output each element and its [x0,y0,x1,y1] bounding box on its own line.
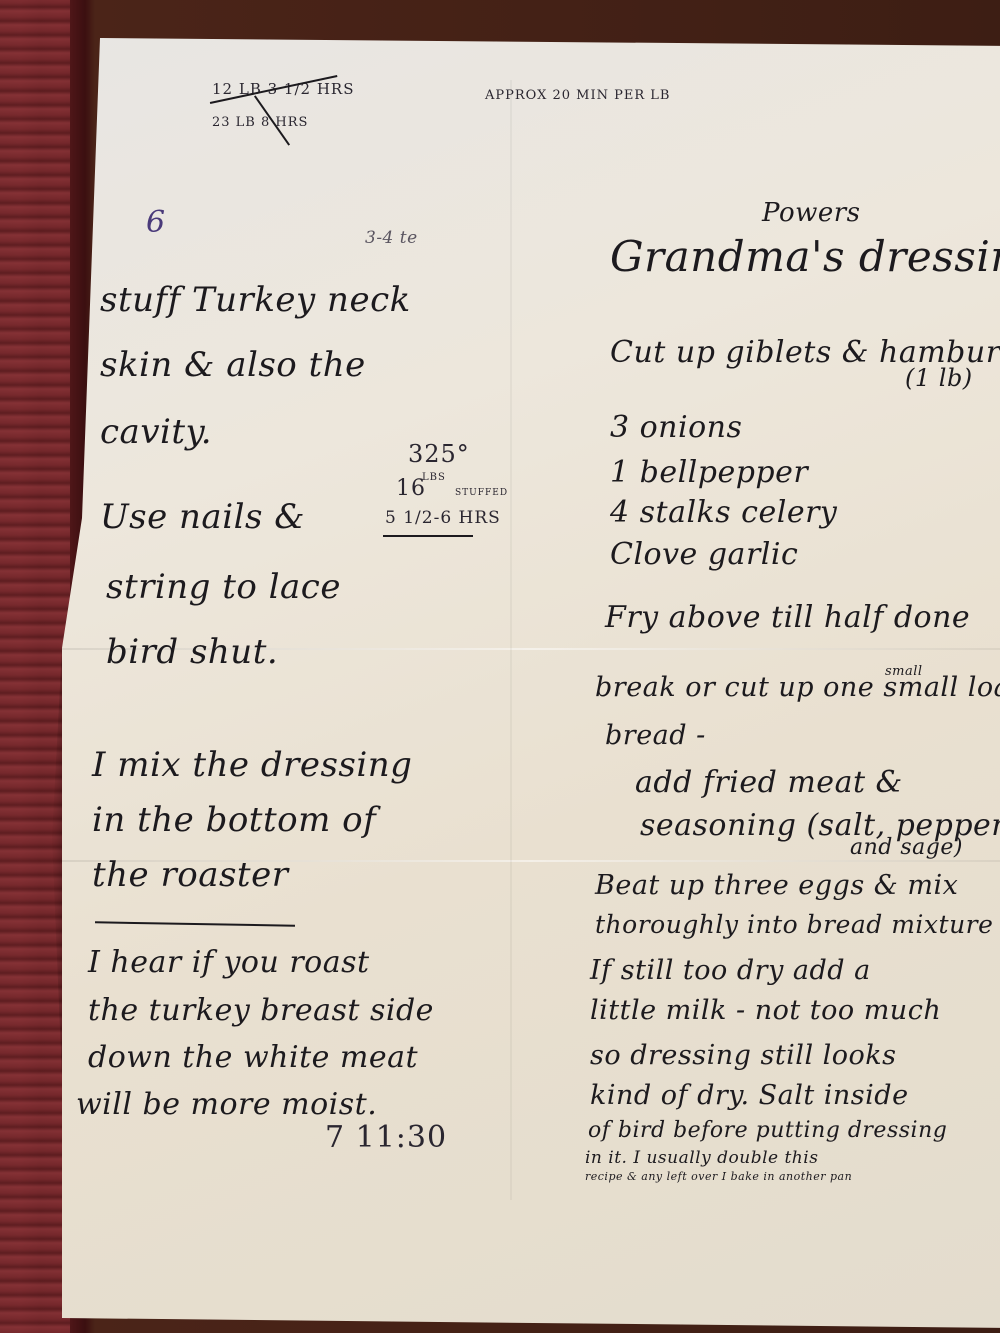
left-line: I mix the dressing [92,745,412,785]
small-margin-mark: 3-4 te [365,228,418,248]
recipe-line: so dressing still looks [590,1040,897,1071]
left-line: skin & also the [100,345,366,385]
recipe-line: bread - [605,720,706,751]
oven-temperature: 325° [408,440,470,468]
recipe-line: kind of dry. Salt inside [590,1080,909,1111]
turkey-weight-unit: LBS [422,472,446,483]
page-number-mark: 6 [146,205,166,240]
tip-line: will be more moist. [76,1087,377,1122]
recipe-line: If still too dry add a [590,955,871,986]
recipe-line: and sage) [850,835,963,860]
recipe-line: Clove garlic [610,537,798,572]
recipe-line: Fry above till half done [605,600,970,635]
tip-line: down the white meat [88,1040,418,1075]
paper-center-crease [510,80,512,1200]
recipe-line: in it. I usually double this [585,1148,818,1168]
recipe-line: 4 stalks celery [610,495,837,530]
recipe-line: of bird before putting dressing [588,1118,947,1143]
left-line: Use nails & [100,497,305,537]
left-line: the roaster [92,855,288,895]
woven-placemat [0,0,70,1333]
recipe-line: Beat up three eggs & mix [595,870,958,901]
left-line: cavity. [100,412,212,452]
left-line: in the bottom of [92,800,376,840]
recipe-subtitle: Powers [762,198,861,228]
header-weight-top: 12 LB 3 1/2 HRS [212,80,354,98]
calc-underline [383,535,473,537]
stuffed-label: STUFFED [455,488,508,498]
recipe-line: break or cut up one small loaf [595,672,1000,703]
recipe-line: recipe & any left over I bake in another… [585,1170,852,1183]
recipe-title: Grandma's dressing [610,232,1000,281]
time-note: 7 11:30 [325,1120,447,1155]
recipe-line: little milk - not too much [590,995,941,1026]
left-line: bird shut. [106,632,278,672]
roast-time: 5 1/2-6 HRS [385,508,501,528]
recipe-line: 1 bellpepper [610,455,808,490]
recipe-line: thoroughly into bread mixture [595,910,993,939]
recipe-line: (1 lb) [905,364,973,392]
recipe-line: add fried meat & [635,765,903,800]
left-line: string to lace [106,567,341,607]
tip-line: I hear if you roast [88,945,370,980]
left-line: stuff Turkey neck [100,280,411,320]
header-approx-note: APPROX 20 MIN PER LB [485,88,670,103]
header-weight-bottom: 23 LB 8 HRS [212,115,308,130]
recipe-line: 3 onions [610,410,742,445]
tip-line: the turkey breast side [88,993,434,1028]
